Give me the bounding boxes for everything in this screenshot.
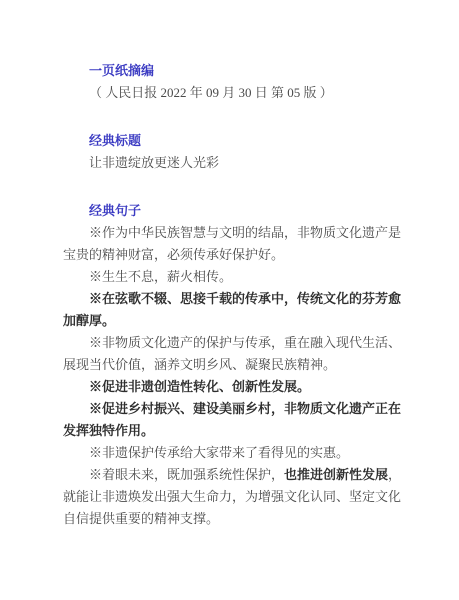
paragraph: 让非遗绽放更迷人光彩 xyxy=(63,152,403,174)
section-heading: 经典标题 xyxy=(63,130,403,152)
text-segment: ※促进非遗创造性转化、创新性发展。 xyxy=(89,379,310,394)
text-segment: ※着眼未来，既加强系统性保护， xyxy=(89,467,284,482)
paragraph: ※非物质文化遗产的保护与传承，重在融入现代生活、展现当代价值，涵养文明乡风、凝聚… xyxy=(63,332,403,376)
text-segment: ※生生不息，薪火相传。 xyxy=(89,269,232,284)
paragraph: ※在弦歌不辍、思接千载的传承中，传统文化的芬芳愈加醇厚。 xyxy=(63,288,403,332)
paragraph: ※作为中华民族智慧与文明的结晶，非物质文化遗产是宝贵的精神财富，必须传承好保护好… xyxy=(63,222,403,266)
sections-container: 经典标题让非遗绽放更迷人光彩经典句子※作为中华民族智慧与文明的结晶，非物质文化遗… xyxy=(63,130,403,530)
text-segment: ※作为中华民族智慧与文明的结晶，非物质文化遗产是宝贵的精神财富，必须传承好保护好… xyxy=(63,225,401,262)
section: 经典句子※作为中华民族智慧与文明的结晶，非物质文化遗产是宝贵的精神财富，必须传承… xyxy=(63,200,403,530)
section-heading: 经典句子 xyxy=(63,200,403,222)
document-content: 一页纸摘编 （ 人民日报 2022 年 09 月 30 日 第 05 版 ） 经… xyxy=(63,60,403,530)
paragraph: ※生生不息，薪火相传。 xyxy=(63,266,403,288)
text-segment: 让非遗绽放更迷人光彩 xyxy=(89,155,219,170)
text-segment: 也推进创新性发展 xyxy=(284,467,388,482)
paragraph: ※促进非遗创造性转化、创新性发展。 xyxy=(63,376,403,398)
paragraph: ※着眼未来，既加强系统性保护，也推进创新性发展，就能让非遗焕发出强大生命力，为增… xyxy=(63,464,403,530)
paragraph: ※促进乡村振兴、建设美丽乡村，非物质文化遗产正在发挥独特作用。 xyxy=(63,398,403,442)
text-segment: ※促进乡村振兴、建设美丽乡村，非物质文化遗产正在发挥独特作用。 xyxy=(63,401,401,438)
text-segment: ※非遗保护传承给大家带来了看得见的实惠。 xyxy=(89,445,349,460)
doc-label: 一页纸摘编 xyxy=(63,60,403,82)
document-page: 一页纸摘编 （ 人民日报 2022 年 09 月 30 日 第 05 版 ） 经… xyxy=(0,0,459,600)
paragraph: ※非遗保护传承给大家带来了看得见的实惠。 xyxy=(63,442,403,464)
source-line: （ 人民日报 2022 年 09 月 30 日 第 05 版 ） xyxy=(63,82,403,104)
text-segment: ※在弦歌不辍、思接千载的传承中，传统文化的芬芳愈加醇厚。 xyxy=(63,291,401,328)
text-segment: ※非物质文化遗产的保护与传承，重在融入现代生活、展现当代价值，涵养文明乡风、凝聚… xyxy=(63,335,401,372)
section: 经典标题让非遗绽放更迷人光彩 xyxy=(63,130,403,174)
